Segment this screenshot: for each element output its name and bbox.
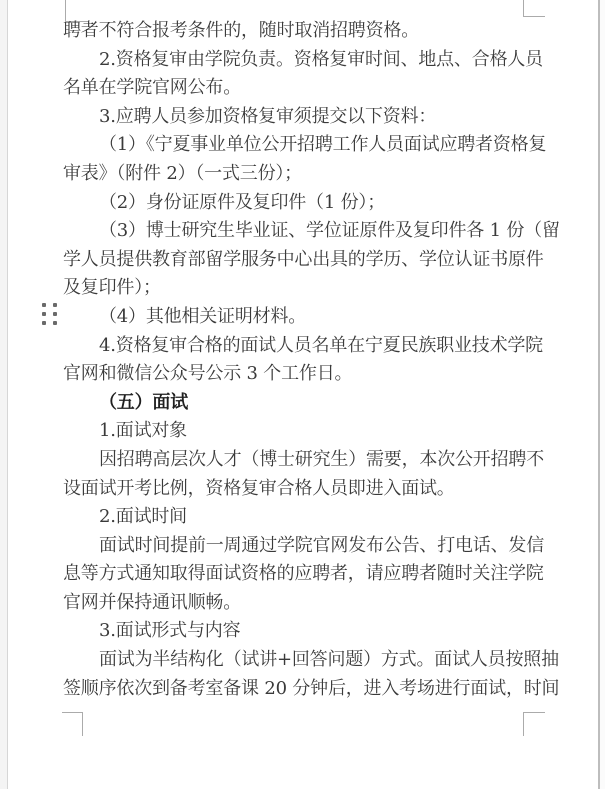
document-text-line[interactable]: 2.面试时间 — [63, 503, 545, 532]
handle-dot — [42, 321, 46, 325]
document-text-line[interactable]: 官网并保持通讯顺畅。 — [63, 589, 545, 618]
handle-dot — [53, 312, 57, 316]
document-text-line[interactable]: 设面试开考比例，资格复审合格人员即进入面试。 — [63, 475, 545, 504]
document-text-line[interactable]: 名单在学院官网公布。 — [63, 74, 545, 103]
document-text-line[interactable]: 及复印件）； — [63, 274, 545, 303]
document-text-line[interactable]: 学人员提供教育部留学服务中心出具的学历、学位认证书原件 — [63, 246, 545, 275]
text-boundary-mark-bottom-right-icon — [523, 712, 545, 736]
document-text-line[interactable]: （3）博士研究生毕业证、学位证原件及复印件各 1 份（留 — [63, 217, 545, 246]
paragraph-drag-handle-dots-icon[interactable] — [42, 303, 57, 325]
document-text-line[interactable]: （1）《宁夏事业单位公开招聘工作人员面试应聘者资格复 — [63, 131, 545, 160]
document-text-line[interactable]: 3.应聘人员参加资格复审须提交以下资料： — [63, 103, 545, 132]
document-text-line[interactable]: 面试为半结构化（试讲+回答问题）方式。面试人员按照抽 — [63, 646, 545, 675]
page-left-margin-strip — [0, 0, 8, 789]
document-text-line[interactable]: 3.面试形式与内容 — [63, 617, 545, 646]
document-text-line[interactable]: 聘者不符合报考条件的，随时取消招聘资格。 — [63, 17, 545, 46]
document-text-line[interactable]: 4.资格复审合格的面试人员名单在宁夏民族职业技术学院 — [63, 332, 545, 361]
document-text-line[interactable]: 因招聘高层次人才（博士研究生）需要，本次公开招聘不 — [63, 446, 545, 475]
document-text-line[interactable]: （4）其他相关证明材料。 — [63, 303, 545, 332]
handle-dot — [53, 321, 57, 325]
text-boundary-mark-top-right-icon — [523, 0, 545, 17]
handle-dot — [53, 303, 57, 307]
document-text-line[interactable]: 官网和微信公众号公示 3 个工作日。 — [63, 360, 545, 389]
document-text-line[interactable]: （2）身份证原件及复印件（1 份）； — [63, 189, 545, 218]
document-text-line[interactable]: 1.面试对象 — [63, 417, 545, 446]
document-text-line[interactable]: 签顺序依次到备考室备课 20 分钟后，进入考场进行面试，时间 — [63, 675, 545, 704]
document-text-line[interactable]: 审表》（附件 2）（一式三份）； — [63, 160, 545, 189]
handle-dot — [42, 303, 46, 307]
handle-dot — [42, 312, 46, 316]
page-right-margin-strip — [600, 0, 605, 789]
section-heading[interactable]: （五）面试 — [63, 389, 545, 418]
document-text-line[interactable]: 面试时间提前一周通过学院官网发布公告、打电话、发信 — [63, 532, 545, 561]
document-text-line[interactable]: 息等方式通知取得面试资格的应聘者，请应聘者随时关注学院 — [63, 560, 545, 589]
text-boundary-mark-bottom-left-icon — [62, 712, 83, 736]
document-text-layer[interactable]: 聘者不符合报考条件的，随时取消招聘资格。 2.资格复审由学院负责。资格复审时间、… — [63, 17, 545, 703]
document-text-line[interactable]: 2.资格复审由学院负责。资格复审时间、地点、合格人员 — [63, 46, 545, 75]
